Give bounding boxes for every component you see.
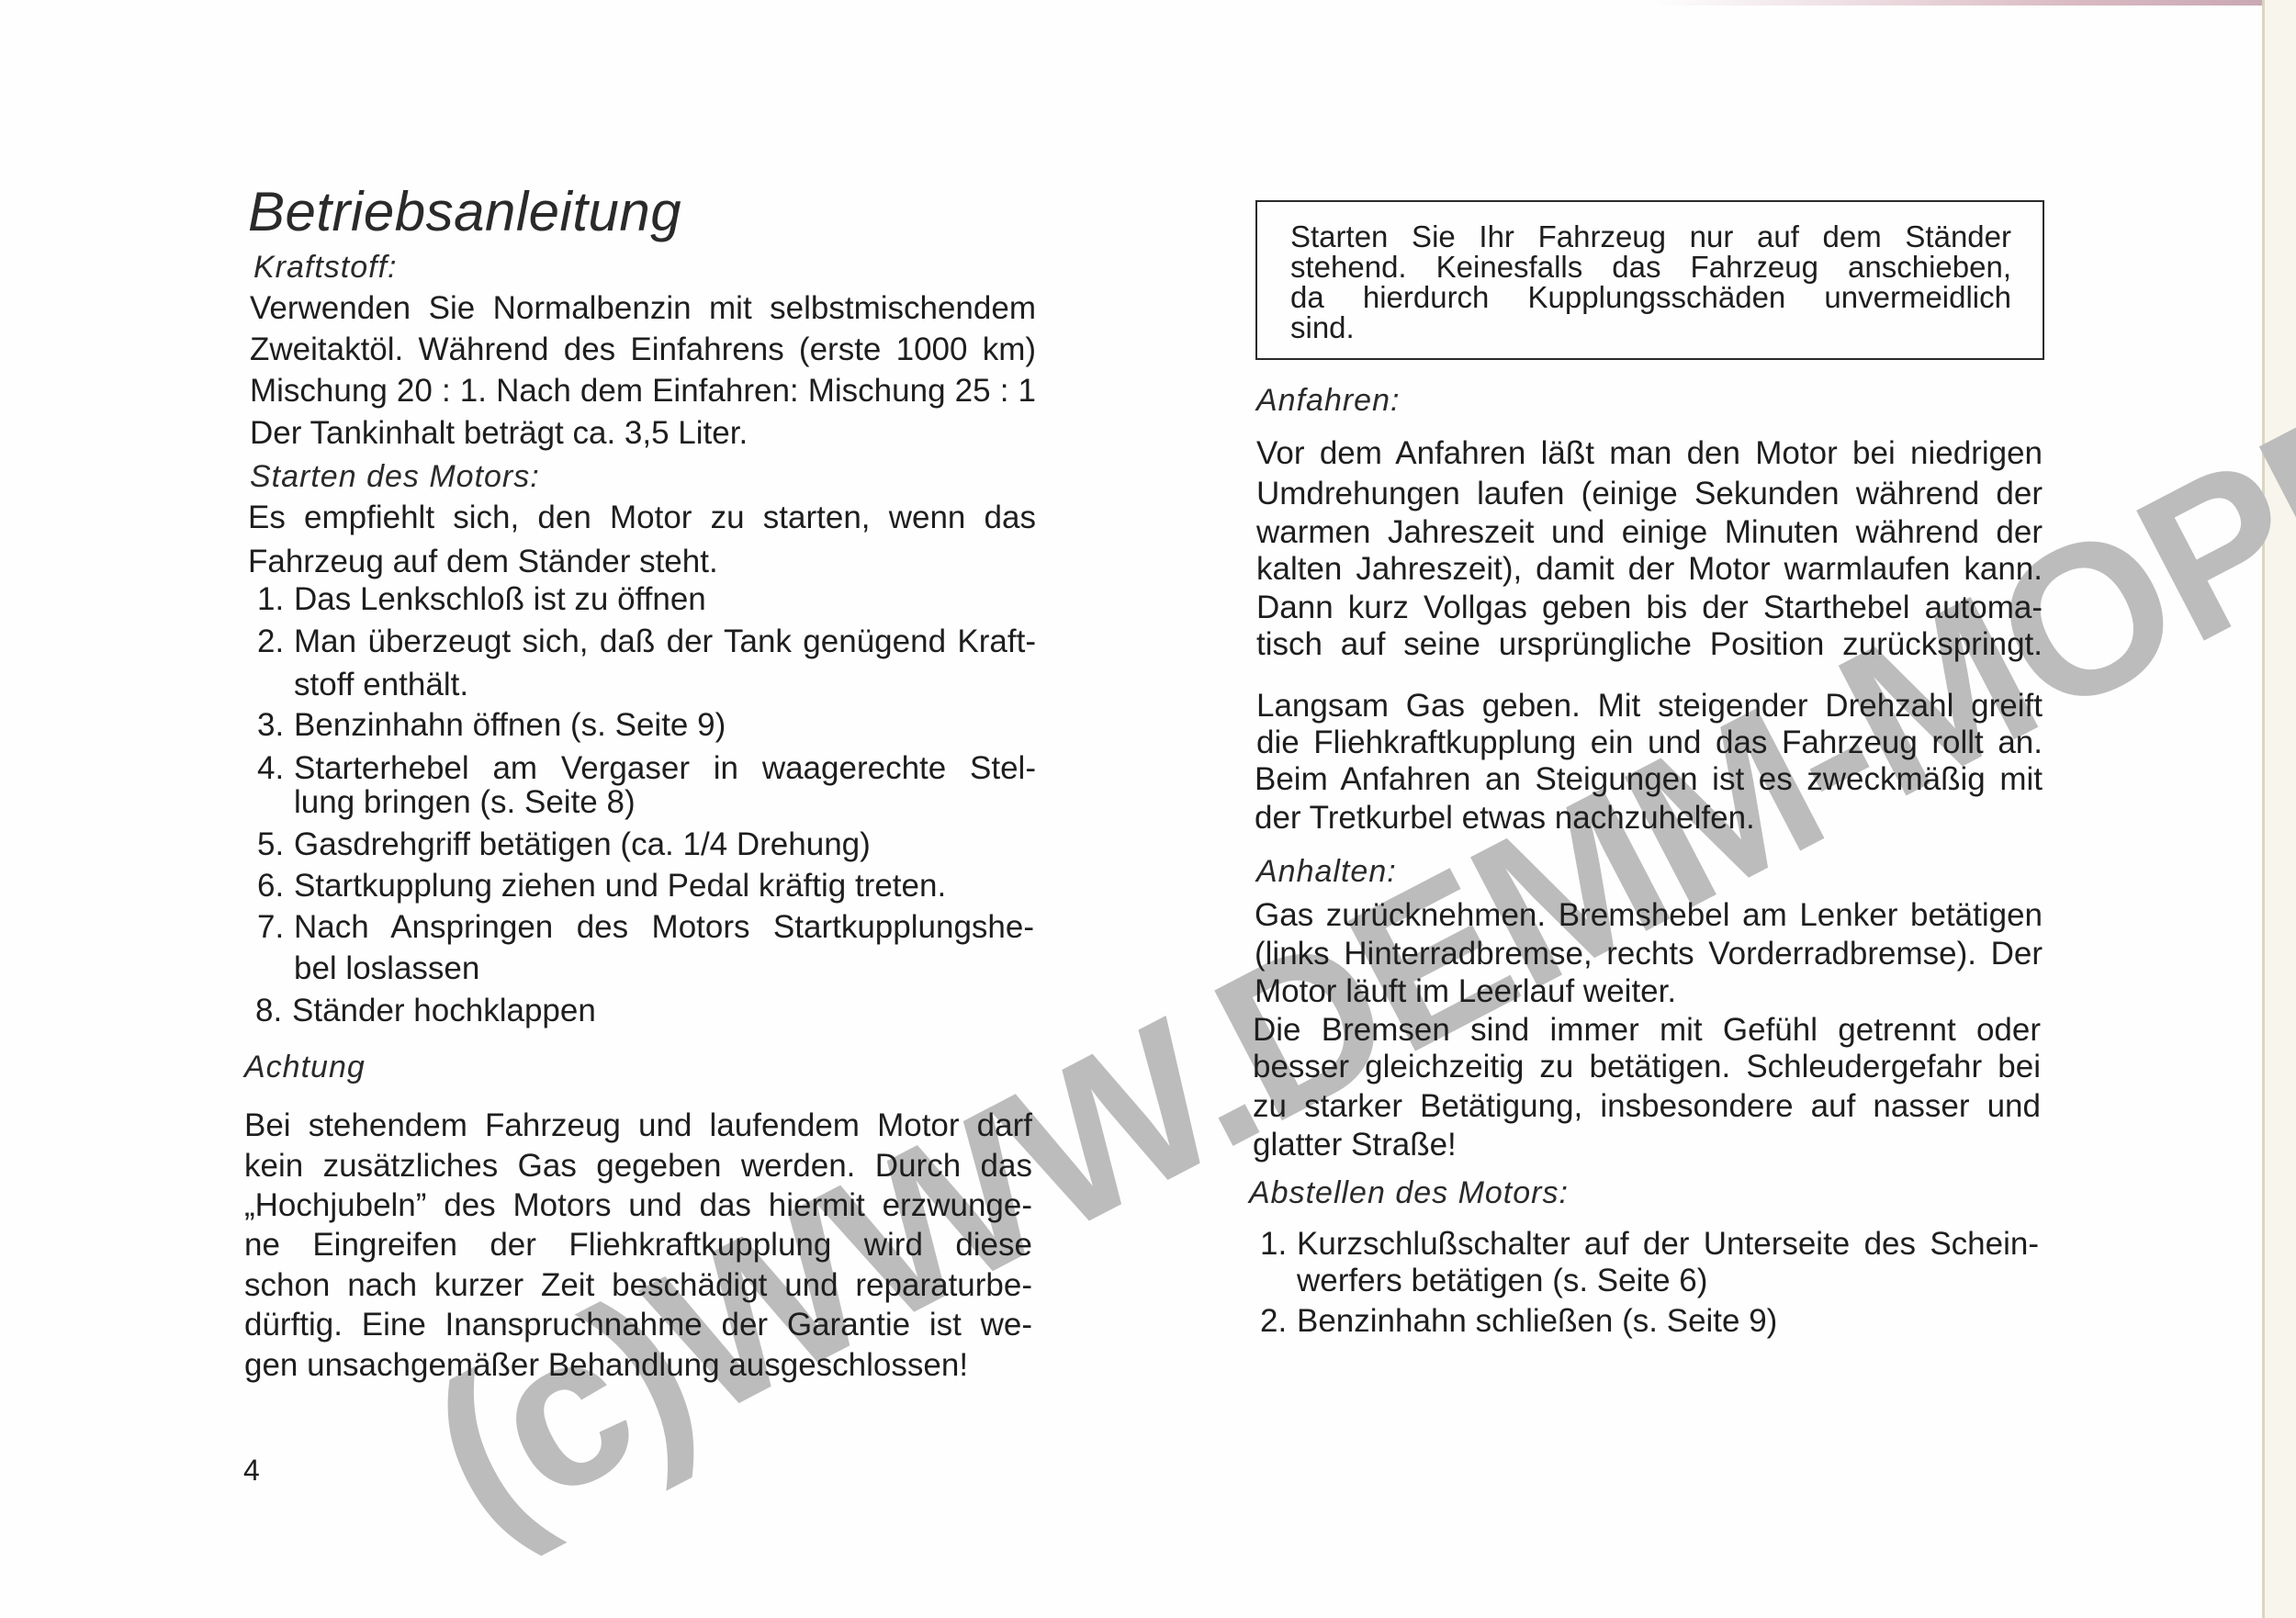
text-line: Beim Anfahren an Steigungen ist es zweck… — [1255, 763, 2043, 795]
text-line: „Hochjubeln” des Motors und das hiermit … — [244, 1189, 1032, 1221]
text-line: schon nach kurzer Zeit beschädigt und re… — [244, 1269, 1032, 1301]
notice-line: Starten Sie Ihr Fahrzeug nur auf dem Stä… — [1290, 221, 2011, 252]
text-line: tisch auf seine ursprüngliche Position z… — [1256, 628, 2043, 660]
step-number: 8. — [255, 994, 282, 1027]
text-line: der Tretkurbel etwas nachzuhelfen. — [1255, 802, 2043, 834]
text-line: kein zusätzliches Gas gegeben werden. Du… — [244, 1150, 1032, 1182]
text-line: Umdrehungen laufen (einige Sekunden währ… — [1256, 478, 2043, 510]
step-number: 3. — [257, 709, 284, 741]
manual-page: Betriebsanleitung Kraftstoff: Verwenden … — [0, 0, 2296, 1618]
section-heading-anfahren: Anfahren: — [1256, 383, 1400, 419]
text-line: Der Tankinhalt beträgt ca. 3,5 Liter. — [250, 417, 1036, 449]
section-heading-abstellen: Abstellen des Motors: — [1249, 1175, 1569, 1211]
step-text: Benzinhahn öffnen (s. Seite 9) — [294, 709, 1036, 741]
text-line: glatter Straße! — [1253, 1129, 2041, 1161]
step-text: Das Lenkschloß ist zu öffnen — [294, 583, 1036, 615]
section-heading-kraftstoff: Kraftstoff: — [253, 250, 398, 286]
text-line: Fahrzeug auf dem Ständer steht. — [248, 545, 1036, 578]
step-number: 6. — [257, 870, 284, 902]
step-text: Startkupplung ziehen und Pedal kräftig t… — [294, 870, 1036, 902]
text-line: (links Hinterradbremse, rechts Vorderrad… — [1255, 938, 2043, 970]
step-text: lung bringen (s. Seite 8) — [294, 786, 1036, 818]
page-title: Betriebsanleitung — [248, 180, 681, 243]
section-heading-anhalten: Anhalten: — [1256, 854, 1397, 890]
text-line: dürftig. Eine Inanspruchnahme der Garant… — [244, 1309, 1032, 1341]
step-text: Benzinhahn schließen (s. Seite 9) — [1297, 1305, 2039, 1337]
notice-line: sind. — [1290, 312, 2011, 343]
step-text: bel loslassen — [294, 952, 1034, 984]
text-line: Vor dem Anfahren läßt man den Motor bei … — [1256, 437, 2043, 469]
step-text: Nach Anspringen des Motors Startkupplung… — [294, 911, 1034, 943]
step-number: 1. — [1260, 1228, 1287, 1260]
step-number: 4. — [257, 752, 284, 784]
text-line: die Fliehkraftkupplung ein und das Fahrz… — [1256, 726, 2043, 758]
text-line: warmen Jahreszeit und einige Minuten wäh… — [1256, 516, 2043, 548]
step-number: 5. — [257, 828, 284, 860]
text-line: gen unsachgemäßer Behandlung ausgeschlos… — [244, 1349, 1032, 1381]
step-number: 7. — [257, 911, 284, 943]
step-text: Kurzschlußschalter auf der Unterseite de… — [1297, 1228, 2039, 1260]
section-heading-achtung: Achtung — [244, 1050, 366, 1085]
step-number: 2. — [1260, 1305, 1287, 1337]
text-line: kalten Jahreszeit), damit der Motor warm… — [1256, 553, 2043, 585]
step-text: Starterhebel am Vergaser in waagerechte … — [294, 752, 1036, 784]
text-line: Zweitaktöl. Während des Einfahrens (erst… — [250, 333, 1036, 365]
page-number: 4 — [243, 1454, 260, 1488]
step-text: Gasdrehgriff betätigen (ca. 1/4 Drehung) — [294, 828, 1036, 860]
text-line: Dann kurz Vollgas geben bis der Startheb… — [1256, 591, 2043, 624]
step-text: stoff enthält. — [294, 669, 1036, 701]
notice-line: stehend. Keinesfalls das Fahrzeug anschi… — [1290, 252, 2011, 282]
text-line: Bei stehendem Fahrzeug und laufendem Mot… — [244, 1109, 1032, 1141]
text-line: Es empfiehlt sich, den Motor zu starten,… — [248, 501, 1036, 534]
step-text: werfers betätigen (s. Seite 6) — [1297, 1264, 2039, 1297]
text-line: Gas zurücknehmen. Bremshebel am Lenker b… — [1255, 899, 2043, 931]
text-line: besser gleichzeitig zu betätigen. Schleu… — [1253, 1051, 2041, 1083]
section-heading-starten: Starten des Motors: — [250, 459, 540, 495]
step-text: Man überzeugt sich, daß der Tank genügen… — [294, 625, 1036, 657]
text-line: Langsam Gas geben. Mit steigender Drehza… — [1256, 690, 2043, 722]
text-line: Die Bremsen sind immer mit Gefühl getren… — [1253, 1014, 2041, 1046]
text-line: ne Eingreifen der Fliehkraftkupplung wir… — [244, 1229, 1032, 1261]
notice-line: da hierdurch Kupplungsschäden unvermeidl… — [1290, 282, 2011, 312]
step-number: 2. — [257, 625, 284, 657]
text-line: Motor läuft im Leerlauf weiter. — [1255, 975, 2043, 1007]
step-number: 1. — [257, 583, 284, 615]
text-line: Verwenden Sie Normalbenzin mit selbstmis… — [250, 292, 1036, 324]
step-text: Ständer hochklappen — [292, 994, 1034, 1027]
text-line: Mischung 20 : 1. Nach dem Einfahren: Mis… — [250, 375, 1036, 407]
text-line: zu starker Betätigung, insbesondere auf … — [1253, 1090, 2041, 1122]
